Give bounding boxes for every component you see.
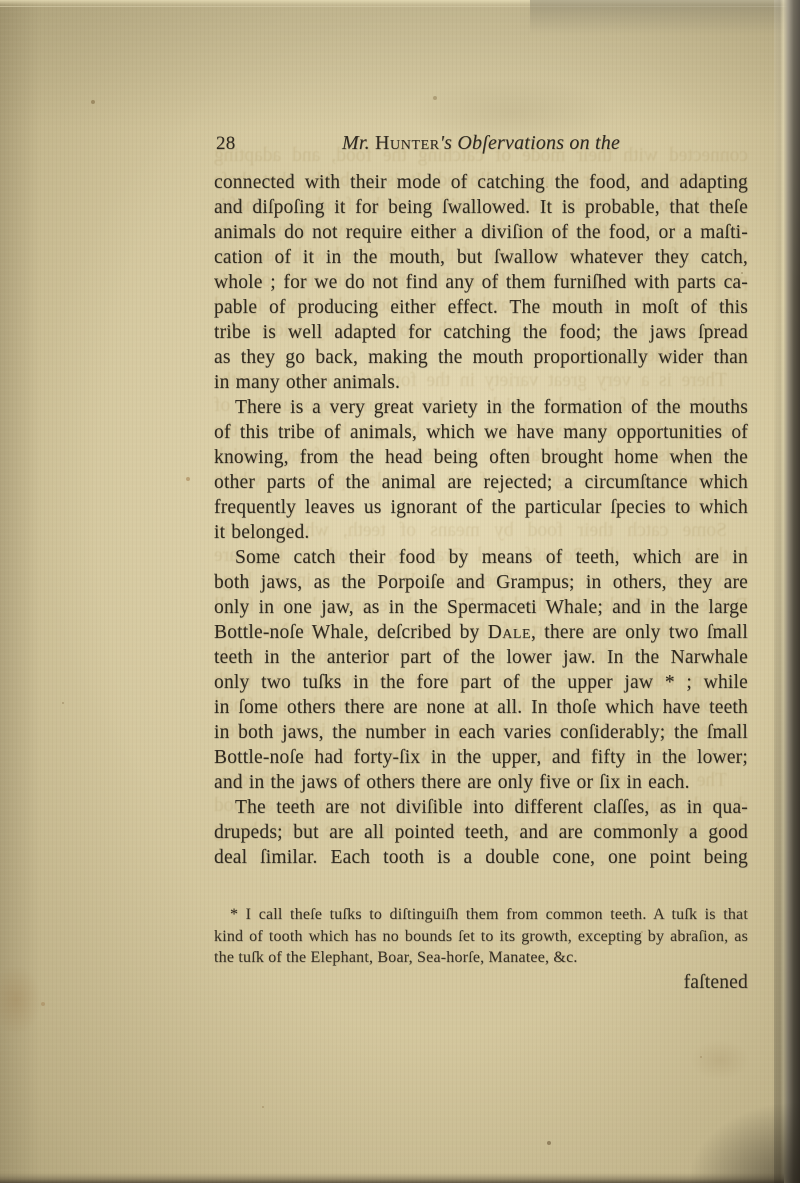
page-header: 28 Mr. Hunter's Obſervations on the: [214, 130, 748, 164]
text-line: both jaws, as the Porpoiſe and Grampus; …: [214, 570, 748, 595]
page-top-right-shadow: [530, 0, 800, 34]
text-segment: , there are only two ſmall: [531, 622, 748, 643]
catchword: faſtened: [214, 970, 748, 996]
text-line: and in the jaws of others there are only…: [214, 770, 748, 795]
author-name-dale: Dale: [488, 622, 531, 643]
footnote-line: the tuſk of the Elephant, Boar, Sea-horſ…: [214, 947, 748, 969]
text-line: in ſome others there are none at all. In…: [214, 695, 748, 720]
text-line: frequently leaves us ignorant of the par…: [214, 495, 748, 520]
text-line: teeth in the anterior part of the lower …: [214, 645, 748, 670]
text-line: pable of producing either effect. The mo…: [214, 295, 748, 320]
text-line: Bottle-noſe had forty-ſix in the upper, …: [214, 745, 748, 770]
text-line: as they go back, making the mouth propor…: [214, 345, 748, 370]
running-title-possessive: 's: [440, 132, 452, 154]
footnote: * I call theſe tuſks to diſtinguiſh them…: [214, 904, 748, 969]
text-line: knowing, from the head being often broug…: [214, 445, 748, 470]
text-line: tribe is well adapted for catching the f…: [214, 320, 748, 345]
page-bottom-edge: [0, 1173, 784, 1183]
running-title-rest: Obſervations on the: [457, 132, 620, 154]
text-line: cation of it in the mouth, but ſwallow w…: [214, 245, 748, 270]
text-line: connected with their mode of catching th…: [214, 170, 748, 195]
text-line: only in one jaw, as in the Spermaceti Wh…: [214, 595, 748, 620]
text-line: There is a very great variety in the for…: [214, 395, 748, 420]
paper-stain: [690, 1040, 750, 1080]
text-line: it belonged.: [214, 520, 748, 545]
text-line: in both jaws, the number in each varies …: [214, 720, 748, 745]
text-line: of this tribe of animals, which we have …: [214, 420, 748, 445]
text-line: only two tuſks in the fore part of the u…: [214, 670, 748, 695]
running-title: Mr. Hunter's Obſervations on the: [214, 130, 748, 155]
body-text: connected with their mode of catching th…: [214, 170, 748, 870]
text-line: Some catch their food by means of teeth,…: [214, 545, 748, 570]
text-line: other parts of the animal are rejected; …: [214, 470, 748, 495]
text-line: whole ; for we do not find any of them f…: [214, 270, 748, 295]
running-title-prefix: Mr.: [342, 132, 370, 154]
text-line: Bottle-noſe Whale, deſcribed by Dale, th…: [214, 620, 748, 645]
page-bottom-right-shadow: [690, 1103, 800, 1183]
page-number: 28: [216, 133, 235, 155]
text-line: animals do not require either a diviſion…: [214, 220, 748, 245]
book-page: connected with their mode of catching th…: [0, 0, 800, 1183]
footnote-line: kind of tooth which has no bounds ſet to…: [214, 926, 748, 948]
author-name: Hunter: [375, 132, 440, 154]
text-line: in many other animals.: [214, 370, 748, 395]
text-line: drupeds; but are all pointed teeth, and …: [214, 820, 748, 845]
text-line: deal ſimilar. Each tooth is a double con…: [214, 845, 748, 870]
text-segment: Bottle-noſe Whale, deſcribed by: [214, 622, 488, 643]
text-line: and diſpoſing it for being ſwallowed. It…: [214, 195, 748, 220]
footnote-line: * I call theſe tuſks to diſtinguiſh them…: [214, 904, 748, 926]
text-block: 28 Mr. Hunter's Obſervations on the conn…: [214, 130, 748, 996]
text-line: The teeth are not diviſible into differe…: [214, 795, 748, 820]
paper-stain: [0, 965, 42, 1035]
page-right-edge: [774, 0, 800, 1183]
